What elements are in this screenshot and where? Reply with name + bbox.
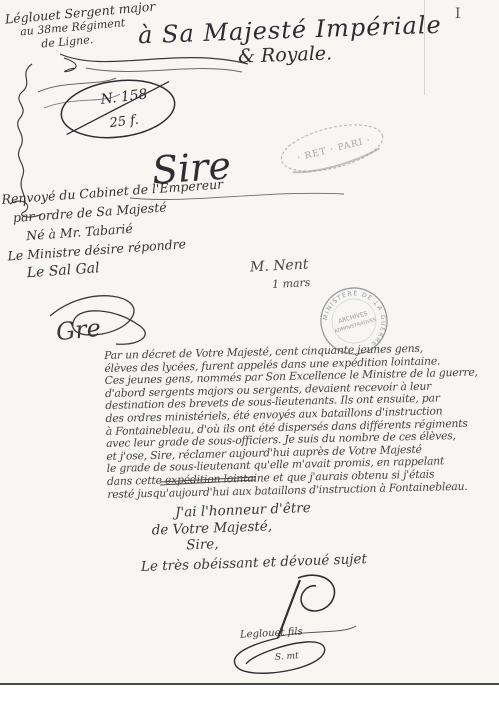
registration-mark: N. 158 25 f. <box>56 76 180 142</box>
registration-number: N. 158 <box>99 86 149 108</box>
folio-number: I <box>455 6 461 22</box>
faint-oval-stamp-icon: · RET · PARI · <box>276 116 388 180</box>
closing-formula: J'ai l'honneur d'être de Votre Majesté, … <box>139 498 367 575</box>
faint-stamp-text: · RET · PARI · <box>296 136 372 164</box>
routing-note-date: 1 mars <box>272 276 311 291</box>
signature-subscript: S. mt <box>275 651 299 663</box>
margin-initial: Gre <box>55 314 103 347</box>
petition-body: Par un décret de Votre Majesté, cent cin… <box>104 342 481 502</box>
document-page: Léglouet Sergent major au 38me Régiment … <box>0 0 499 707</box>
margin-annotation: Renvoyé du Cabinet de l'Empereur par ord… <box>1 174 229 284</box>
ink-swash-under-sender <box>56 44 256 80</box>
paper-fold-line <box>424 0 425 95</box>
registration-fee: 25 f. <box>108 113 140 132</box>
routing-note: M. Nent <box>250 256 309 275</box>
